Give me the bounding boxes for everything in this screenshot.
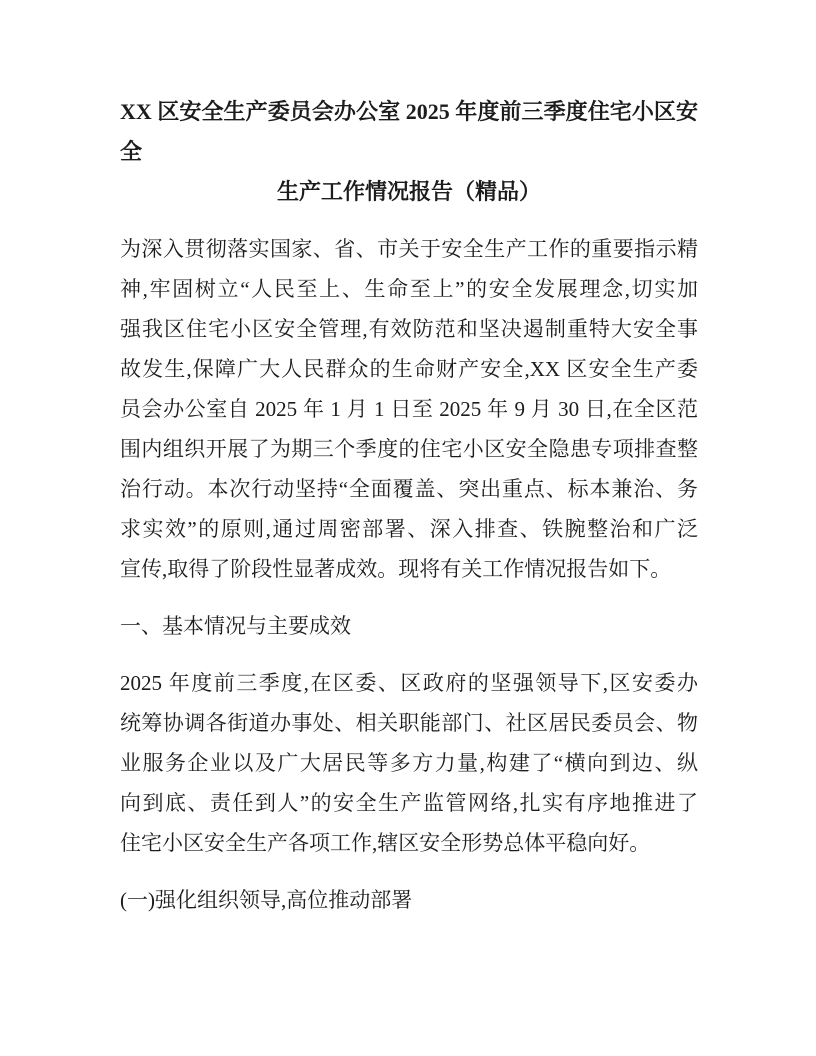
- subsection-heading: (一)强化组织领导,高位推动部署: [120, 880, 698, 920]
- document-title-line: XX 区安全生产委员会办公室 2025 年度前三季度住宅小区安全: [120, 92, 698, 172]
- paragraph-line: 统筹协调各街道办事处、相关职能部门、社区居民委员会、物: [120, 703, 698, 743]
- paragraph-line: 强我区住宅小区安全管理,有效防范和坚决遏制重特大安全事: [120, 309, 698, 349]
- document-page: XX 区安全生产委员会办公室 2025 年度前三季度住宅小区安全 生产工作情况报…: [0, 0, 816, 1056]
- paragraph-line: 神,牢固树立“人民至上、生命至上”的安全发展理念,切实加: [120, 269, 698, 309]
- body-paragraph: 2025 年度前三季度,在区委、区政府的坚强领导下,区安委办统筹协调各街道办事处…: [120, 663, 698, 863]
- paragraph-line: 向到底、责任到人”的安全生产监管网络,扎实有序地推进了: [120, 783, 698, 823]
- paragraph-line: 宣传,取得了阶段性显著成效。现将有关工作情况报告如下。: [120, 549, 698, 589]
- paragraph-line: 住宅小区安全生产各项工作,辖区安全形势总体平稳向好。: [120, 823, 698, 863]
- document-title-line: 生产工作情况报告（精品）: [120, 172, 698, 212]
- paragraph-line: 故发生,保障广大人民群众的生命财产安全,XX 区安全生产委: [120, 349, 698, 389]
- section-heading: 一、基本情况与主要成效: [120, 606, 698, 646]
- paragraph-line: 员会办公室自 2025 年 1 月 1 日至 2025 年 9 月 30 日,在…: [120, 389, 698, 429]
- document-title: XX 区安全生产委员会办公室 2025 年度前三季度住宅小区安全 生产工作情况报…: [120, 92, 698, 212]
- paragraph-line: 求实效”的原则,通过周密部署、深入排查、铁腕整治和广泛: [120, 509, 698, 549]
- paragraph-line: 治行动。本次行动坚持“全面覆盖、突出重点、标本兼治、务: [120, 469, 698, 509]
- paragraph-line: 2025 年度前三季度,在区委、区政府的坚强领导下,区安委办: [120, 663, 698, 703]
- paragraph-line: 业服务企业以及广大居民等多方力量,构建了“横向到边、纵: [120, 743, 698, 783]
- body-paragraph: 为深入贯彻落实国家、省、市关于安全生产工作的重要指示精神,牢固树立“人民至上、生…: [120, 229, 698, 589]
- paragraph-line: 为深入贯彻落实国家、省、市关于安全生产工作的重要指示精: [120, 229, 698, 269]
- document-body: 为深入贯彻落实国家、省、市关于安全生产工作的重要指示精神,牢固树立“人民至上、生…: [120, 229, 698, 920]
- paragraph-line: 围内组织开展了为期三个季度的住宅小区安全隐患专项排查整: [120, 429, 698, 469]
